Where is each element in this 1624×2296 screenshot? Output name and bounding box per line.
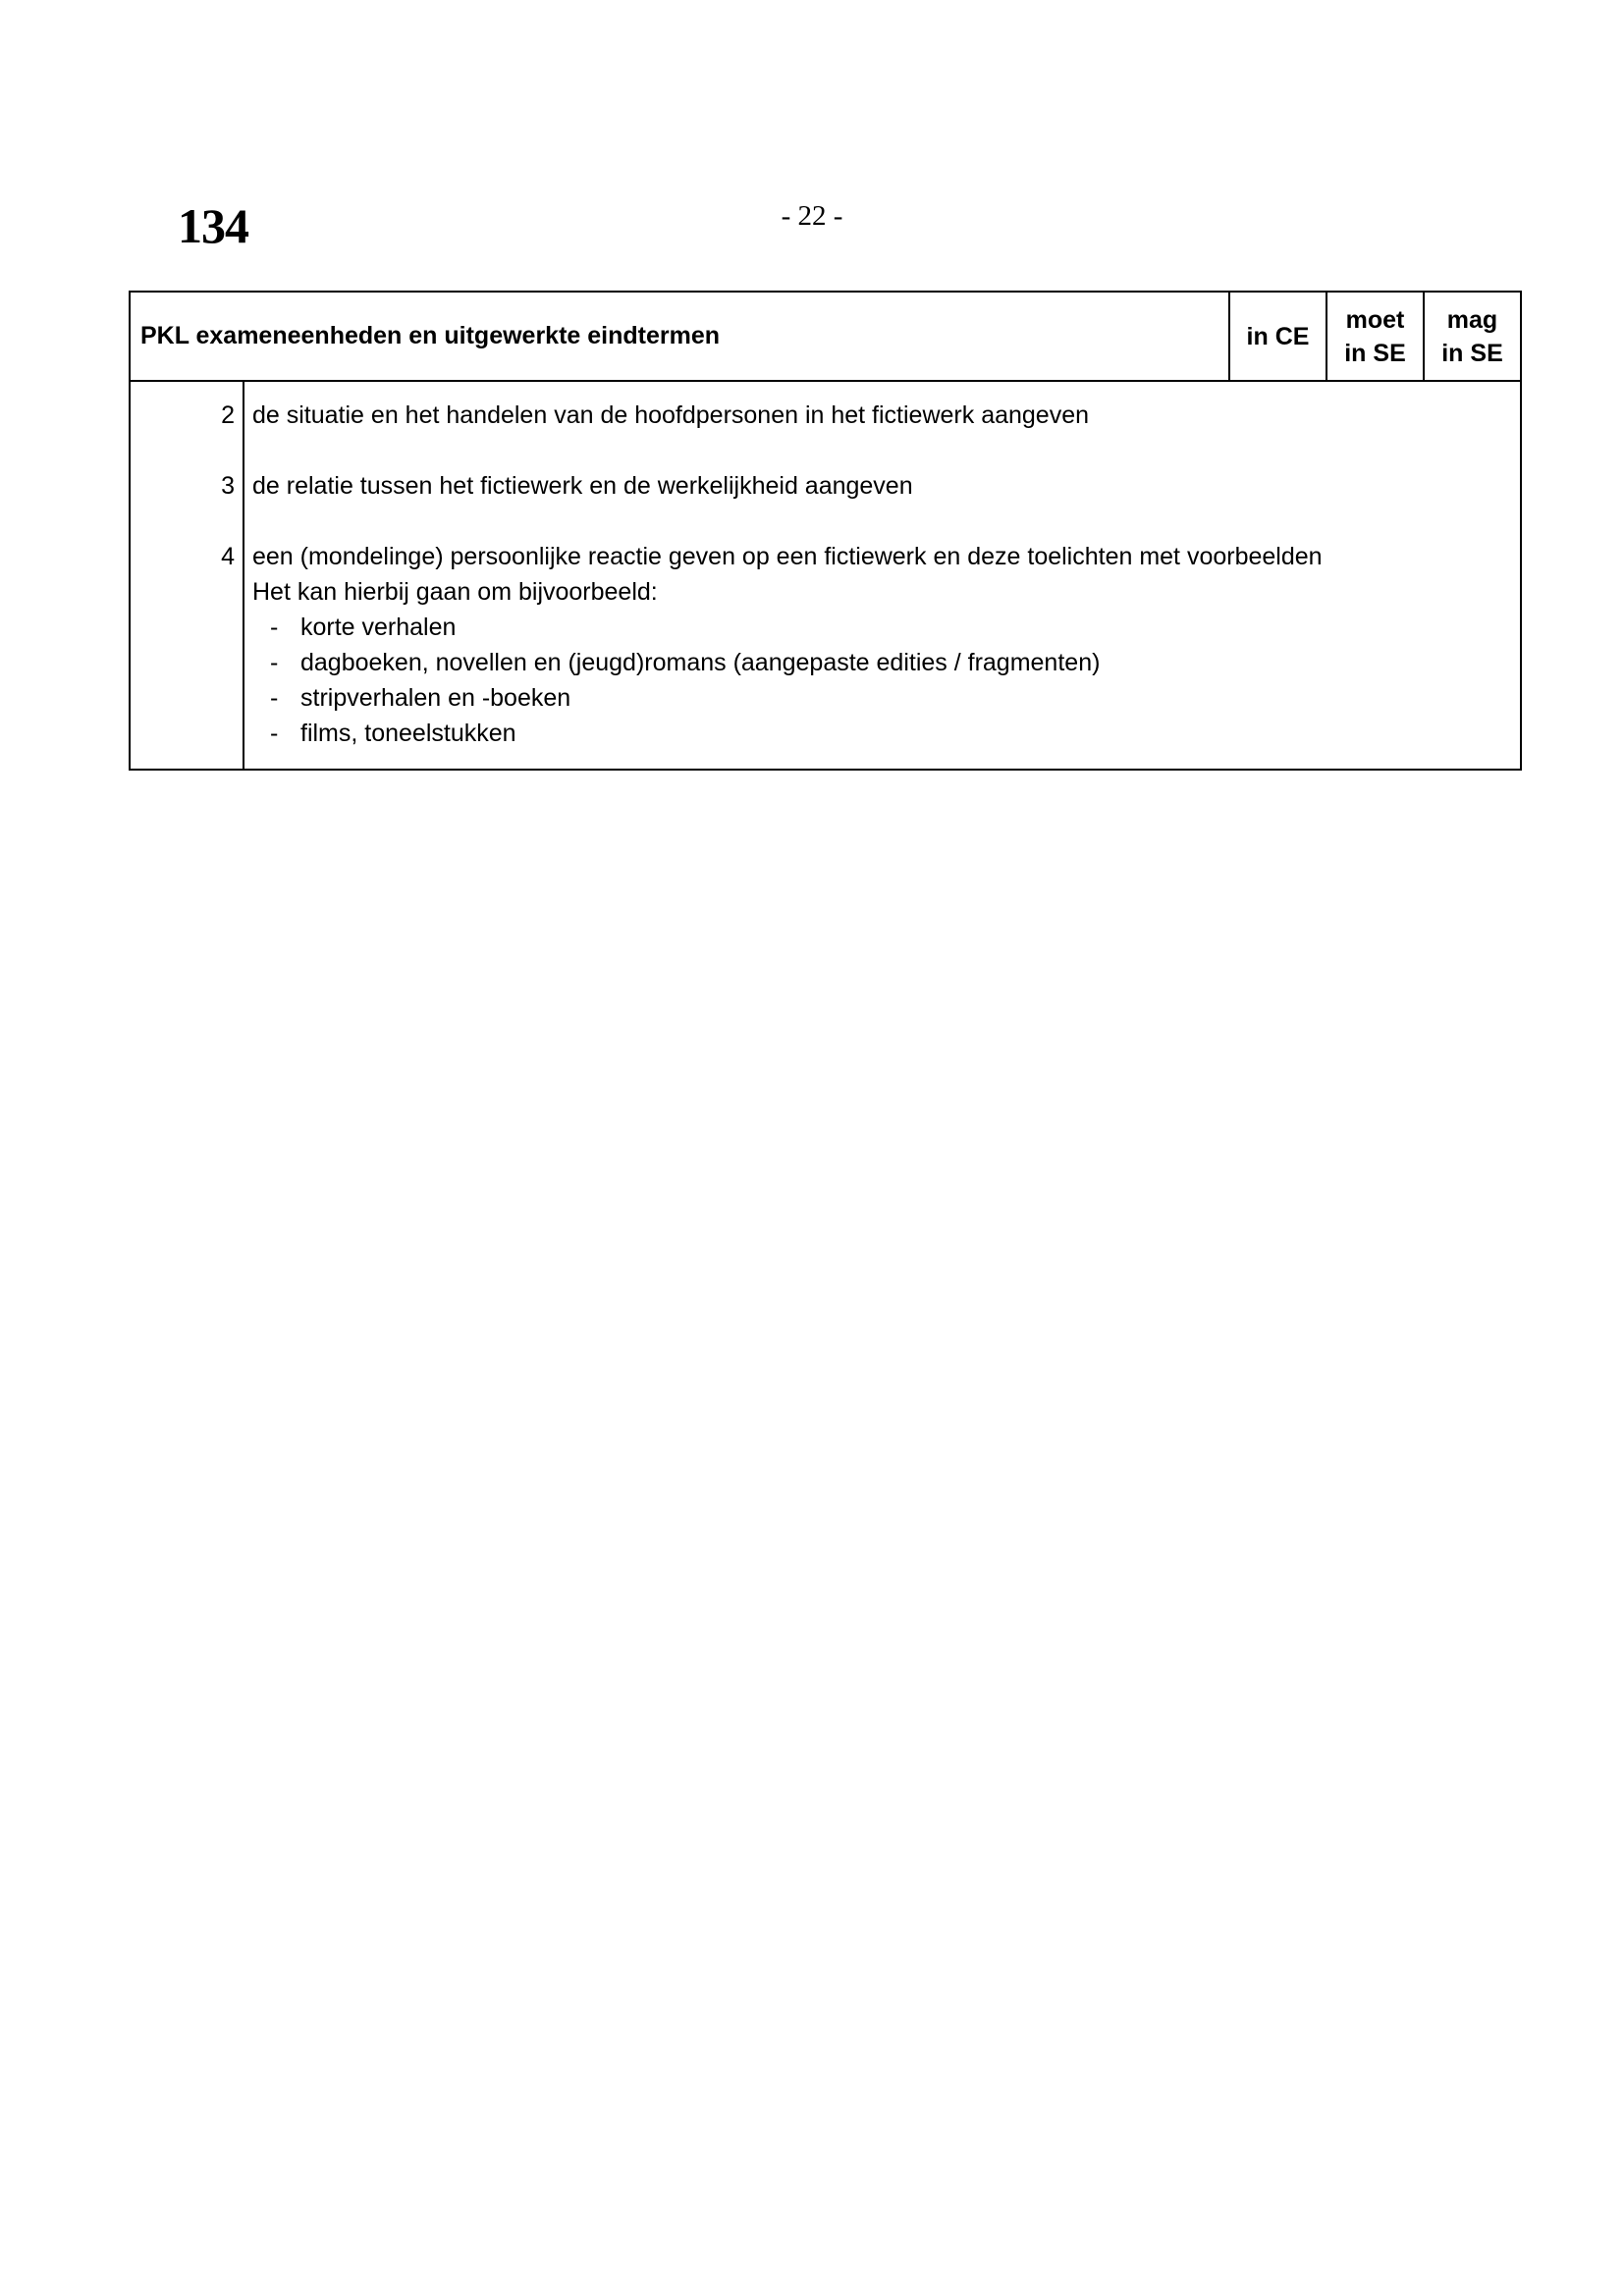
column-header-moet-in-se: moet in SE (1326, 293, 1423, 380)
item-number: 4 (131, 539, 243, 574)
item-text: een (mondelinge) persoonlijke reactie ge… (252, 539, 1520, 574)
list-item: - korte verhalen (252, 610, 1520, 645)
list-item: - dagboeken, novellen en (jeugd)romans (… (252, 645, 1520, 680)
item-number: 2 (131, 398, 243, 468)
number-column: 2 3 4 (131, 382, 244, 769)
item-text: de situatie en het handelen van de hoofd… (252, 398, 1520, 433)
list-item-text: korte verhalen (300, 610, 456, 645)
table-header-row: PKL exameneenheden en uitgewerkte eindte… (131, 293, 1520, 382)
table-header-title: PKL exameneenheden en uitgewerkte eindte… (131, 293, 1228, 380)
item-text: de relatie tussen het fictiewerk en de w… (252, 468, 1520, 504)
list-item-text: films, toneelstukken (300, 716, 516, 751)
description-column: de situatie en het handelen van de hoofd… (244, 382, 1520, 769)
exam-units-table: PKL exameneenheden en uitgewerkte eindte… (129, 291, 1522, 771)
item-number: 3 (131, 468, 243, 539)
table-row: de situatie en het handelen van de hoofd… (252, 398, 1520, 468)
column-header-in-ce: in CE (1228, 293, 1326, 380)
column-header-mag-in-se: mag in SE (1423, 293, 1520, 380)
list-item: - films, toneelstukken (252, 716, 1520, 751)
table-row: de relatie tussen het fictiewerk en de w… (252, 468, 1520, 539)
list-item-text: stripverhalen en -boeken (300, 680, 570, 716)
item-subtext: Het kan hierbij gaan om bijvoorbeeld: (252, 574, 1520, 610)
list-item-text: dagboeken, novellen en (jeugd)romans (aa… (300, 645, 1100, 680)
dash-bullet-icon: - (252, 680, 300, 716)
dash-bullet-icon: - (252, 716, 300, 751)
table-body: 2 3 4 de situatie en het handelen van de… (131, 382, 1520, 769)
dash-bullet-icon: - (252, 610, 300, 645)
table-row: een (mondelinge) persoonlijke reactie ge… (252, 539, 1520, 751)
page-number: - 22 - (0, 196, 1624, 236)
dash-bullet-icon: - (252, 645, 300, 680)
list-item: - stripverhalen en -boeken (252, 680, 1520, 716)
